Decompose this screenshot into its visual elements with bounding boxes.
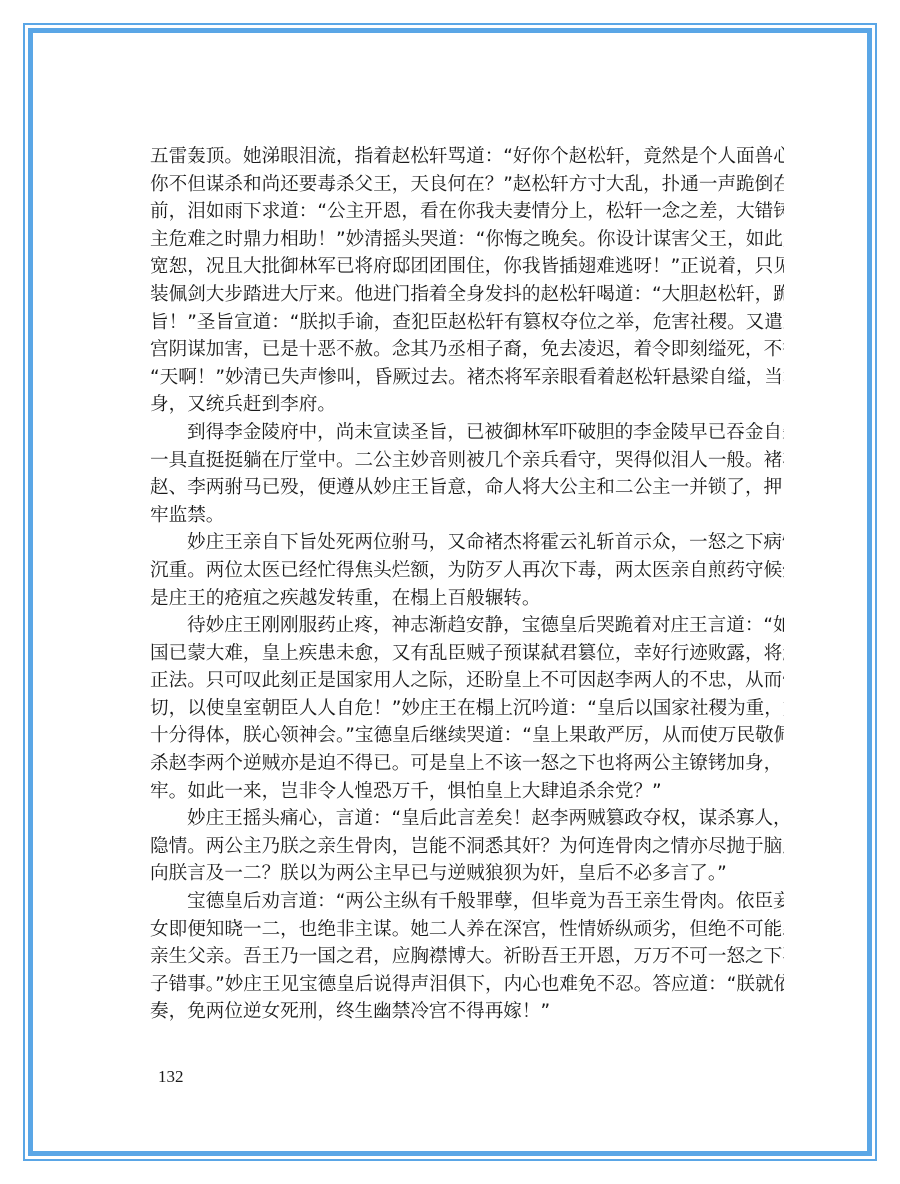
text-line: 牢。如此一来，岂非令人惶恐万千，惧怕皇上大肆追杀余党？” [150, 778, 784, 806]
text-line: 隐情。两公主乃朕之亲生骨肉，岂能不洞悉其奸？为何连骨肉之情亦尽抛于脑后，从未 [150, 833, 784, 861]
paragraph: 妙庄王摇头痛心，言道：“皇后此言差矣！赵李两贼篡政夺权，谋杀寡人，内中必有 隐情… [150, 805, 784, 888]
text-line: 沉重。两位太医已经忙得焦头烂额，为防歹人再次下毒，两太医亲自煎药守候炉前，只 [150, 557, 784, 585]
text-line: 宫阴谋加害，已是十恶不赦。念其乃丞相子裔，免去凌迟，着令即刻缢死，不得有误。” [150, 336, 784, 364]
paragraph: 到得李金陵府中，尚未宣读圣旨，已被御林军吓破胆的李金陵早已吞金自杀，僵尸 一具直… [150, 419, 784, 529]
paragraph: 妙庄王亲自下旨处死两位驸马，又命褚杰将霍云礼斩首示众，一怒之下病情愈加 沉重。两… [150, 529, 784, 612]
text-line: 国已蒙大难，皇上疾患未愈，又有乱臣贼子预谋弑君篡位，幸好行迹败露，将赵李两奸 [150, 640, 784, 668]
text-line: 前，泪如雨下求道：“公主开恩，看在你我夫妻情分上，松轩一念之差，大错铸成。还盼公 [150, 198, 784, 226]
paragraph: 宝德皇后劝言道：“两公主纵有千般罪孽，但毕竟为吾王亲生骨肉。依臣妾之见，二 女即… [150, 888, 784, 1026]
text-line: 十分得体，朕心领神会。”宝德皇后继续哭道：“皇上果敢严厉，从而使万民敬佩景仰，诛 [150, 722, 784, 750]
text-line: 妙庄王摇头痛心，言道：“皇后此言差矣！赵李两贼篡政夺权，谋杀寡人，内中必有 [150, 805, 784, 833]
text-line: 切，以使皇室朝臣人人自危！”妙庄王在榻上沉吟道：“皇后以国家社稷为重，如此进言， [150, 695, 784, 723]
text-line: 五雷轰顶。她涕眼泪流，指着赵松轩骂道：“好你个赵松轩，竟然是个人面兽心的恶人！ [150, 143, 784, 171]
text-line: 是庄王的疮疽之疾越发转重，在榻上百般辗转。 [150, 585, 784, 613]
text-line: “天啊！”妙清已失声惨叫，昏厥过去。褚杰将军亲眼看着赵松轩悬梁自缢，当场验过尸 [150, 364, 784, 392]
text-line: 赵、李两驸马已殁，便遵从妙庄王旨意，命人将大公主和二公主一并锁了，押回禁宫大 [150, 474, 784, 502]
text-line: 杀赵李两个逆贼亦是迫不得已。可是皇上不该一怒之下也将两公主镣铐加身，囚于死 [150, 750, 784, 778]
text-line: 向朕言及一二？朕以为两公主早已与逆贼狼狈为奸，皇后不必多言了。” [150, 860, 784, 888]
text-line: 子错事。”妙庄王见宝德皇后说得声泪俱下，内心也难免不忍。答应道：“朕就依皇后所 [150, 971, 784, 999]
page-body-text: 五雷轰顶。她涕眼泪流，指着赵松轩骂道：“好你个赵松轩，竟然是个人面兽心的恶人！ … [150, 143, 784, 1026]
text-line: 主危难之时鼎力相助！”妙清摇头哭道：“你悔之晚矣。你设计谋害父王，如此大罪岂能 [150, 226, 784, 254]
text-line: 装佩剑大步踏进大厅来。他进门指着全身发抖的赵松轩喝道：“大胆赵松轩，跪倒接 [150, 281, 784, 309]
text-line: 女即便知晓一二，也绝非主谋。她二人养在深宫，性情娇纵顽劣，但绝不可能忍心谋害 [150, 916, 784, 944]
text-line: 正法。只可叹此刻正是国家用人之际，还盼皇上不可因赵李两人的不忠，从而怀疑一 [150, 667, 784, 695]
text-line: 旨！”圣旨宣道：“朕拟手谕，查犯臣赵松轩有篡权夺位之举，危害社稷。又遣刺客夜入禁 [150, 309, 784, 337]
page-number: 132 [158, 1067, 184, 1087]
text-line: 待妙庄王刚刚服药止疼，神志渐趋安静，宝德皇后哭跪着对庄王言道：“如今兴林 [150, 612, 784, 640]
paragraph: 五雷轰顶。她涕眼泪流，指着赵松轩骂道：“好你个赵松轩，竟然是个人面兽心的恶人！ … [150, 143, 784, 419]
text-line: 宝德皇后劝言道：“两公主纵有千般罪孽，但毕竟为吾王亲生骨肉。依臣妾之见，二 [150, 888, 784, 916]
text-line: 妙庄王亲自下旨处死两位驸马，又命褚杰将霍云礼斩首示众，一怒之下病情愈加 [150, 529, 784, 557]
paragraph: 待妙庄王刚刚服药止疼，神志渐趋安静，宝德皇后哭跪着对庄王言道：“如今兴林 国已蒙… [150, 612, 784, 805]
text-line: 到得李金陵府中，尚未宣读圣旨，已被御林军吓破胆的李金陵早已吞金自杀，僵尸 [150, 419, 784, 447]
text-line: 身，又统兵赶到李府。 [150, 391, 784, 419]
text-line: 奏，免两位逆女死刑，终生幽禁冷宫不得再嫁！” [150, 998, 784, 1026]
text-line: 一具直挺挺躺在厅堂中。二公主妙音则被几个亲兵看守，哭得似泪人一般。褚将军见 [150, 447, 784, 475]
text-line: 你不但谋杀和尚还要毒杀父王，天良何在？”赵松轩方寸大乱，扑通一声跪倒在妙清面 [150, 171, 784, 199]
text-line: 牢监禁。 [150, 502, 784, 530]
text-line: 宽恕，况且大批御林军已将府邸团团围住，你我皆插翅难逃呀！”正说着，只见褚将军戎 [150, 253, 784, 281]
text-line: 亲生父亲。吾王乃一国之君，应胸襟博大。祈盼吾王开恩，万万不可一怒之下再做出杀 [150, 943, 784, 971]
